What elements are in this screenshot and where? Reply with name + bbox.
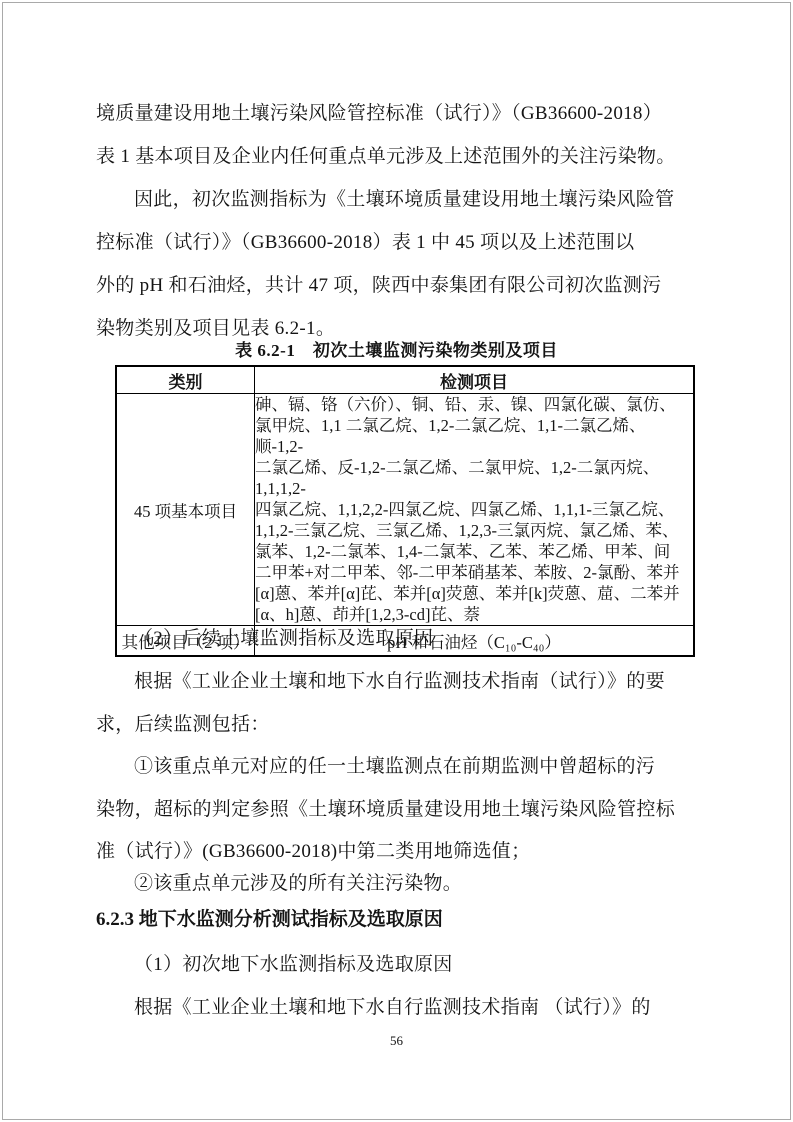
paragraph-line: 染物类别及项目见表 6.2-1。 (96, 316, 700, 341)
paragraph-line: 根据《工业企业土壤和地下水自行监测技术指南 （试行）》的 (96, 995, 700, 1020)
pollutants-table: 类别 检测项目 45 项基本项目 砷、镉、铬（六价）、铜、铅、汞、镍、四氯化碳、… (115, 365, 695, 657)
items-cell-line: 四氯乙烷、1,1,2,2-四氯乙烷、四氯乙烯、1,1,1-三氯乙烷、 (255, 499, 693, 520)
paragraph-line: 求，后续监测包括： (96, 712, 700, 737)
document-page: 境质量建设用地土壤污染风险管控标准（试行）》（GB36600-2018） 表 1… (0, 0, 793, 1122)
paragraph-line: 准（试行）》(GB36600-2018)中第二类用地筛选值； (96, 839, 700, 864)
paragraph-line: ①该重点单元对应的任一土壤监测点在前期监测中曾超标的污 (96, 754, 700, 779)
table-caption: 表 6.2-1 初次土壤监测污染物类别及项目 (0, 340, 793, 362)
paragraph-line: 根据《工业企业土壤和地下水自行监测技术指南（试行）》的要 (96, 669, 700, 694)
table-header-category: 类别 (116, 366, 255, 394)
items-cell-line: 二氯乙烯、反-1,2-二氯乙烯、二氯甲烷、1,2-二氯丙烷、1,1,1,2- (255, 457, 693, 499)
paragraph-line: 染物，超标的判定参照《土壤环境质量建设用地土壤污染风险管控标 (96, 797, 700, 822)
items-cell-line: 砷、镉、铬（六价）、铜、铅、汞、镍、四氯化碳、氯仿、 (255, 394, 693, 415)
paragraph-line: （1）初次地下水监测指标及选取原因 (96, 952, 700, 977)
paragraph-line: 外的 pH 和石油烃，共计 47 项，陕西中泰集团有限公司初次监测污 (96, 273, 700, 298)
paragraph-line: 表 1 基本项目及企业内任何重点单元涉及上述范围外的关注污染物。 (96, 144, 700, 169)
items-cell-line: 二甲苯+对二甲苯、邻-二甲苯硝基苯、苯胺、2-氯酚、苯并 (255, 562, 693, 583)
table-header-row: 类别 检测项目 (116, 366, 694, 394)
table-row-basic: 45 项基本项目 砷、镉、铬（六价）、铜、铅、汞、镍、四氯化碳、氯仿、氯甲烷、1… (116, 394, 694, 626)
items-cell-line: [α、h]蒽、茚并[1,2,3-cd]芘、萘 (255, 604, 693, 625)
items-cell-line: 1,1,2-三氯乙烷、三氯乙烯、1,2,3-三氯丙烷、氯乙烯、苯、 (255, 520, 693, 541)
items-cell: 砷、镉、铬（六价）、铜、铅、汞、镍、四氯化碳、氯仿、氯甲烷、1,1 二氯乙烷、1… (255, 394, 695, 626)
paragraph-line: 境质量建设用地土壤污染风险管控标准（试行）》（GB36600-2018） (96, 101, 700, 126)
category-cell: 45 项基本项目 (116, 394, 255, 626)
table-header-items: 检测项目 (255, 366, 695, 394)
page-number: 56 (0, 1033, 793, 1049)
section-heading: 6.2.3 地下水监测分析测试指标及选取原因 (96, 907, 700, 932)
paragraph-line: 因此，初次监测指标为《土壤环境质量建设用地土壤污染风险管 (96, 187, 700, 212)
items-cell-line: 氯甲烷、1,1 二氯乙烷、1,2-二氯乙烷、1,1-二氯乙烯、顺-1,2- (255, 415, 693, 457)
paragraph-line: （2）后续土壤监测指标及选取原因 (96, 626, 700, 651)
paragraph-line: 控标准（试行）》（GB36600-2018）表 1 中 45 项以及上述范围以 (96, 230, 700, 255)
paragraph-line: ②该重点单元涉及的所有关注污染物。 (96, 871, 700, 896)
items-cell-line: [α]蒽、苯并[α]芘、苯并[α]荧蒽、苯并[k]荧蒽、䓛、二苯并 (255, 583, 693, 604)
items-cell-line: 氯苯、1,2-二氯苯、1,4-二氯苯、乙苯、苯乙烯、甲苯、间 (255, 541, 693, 562)
